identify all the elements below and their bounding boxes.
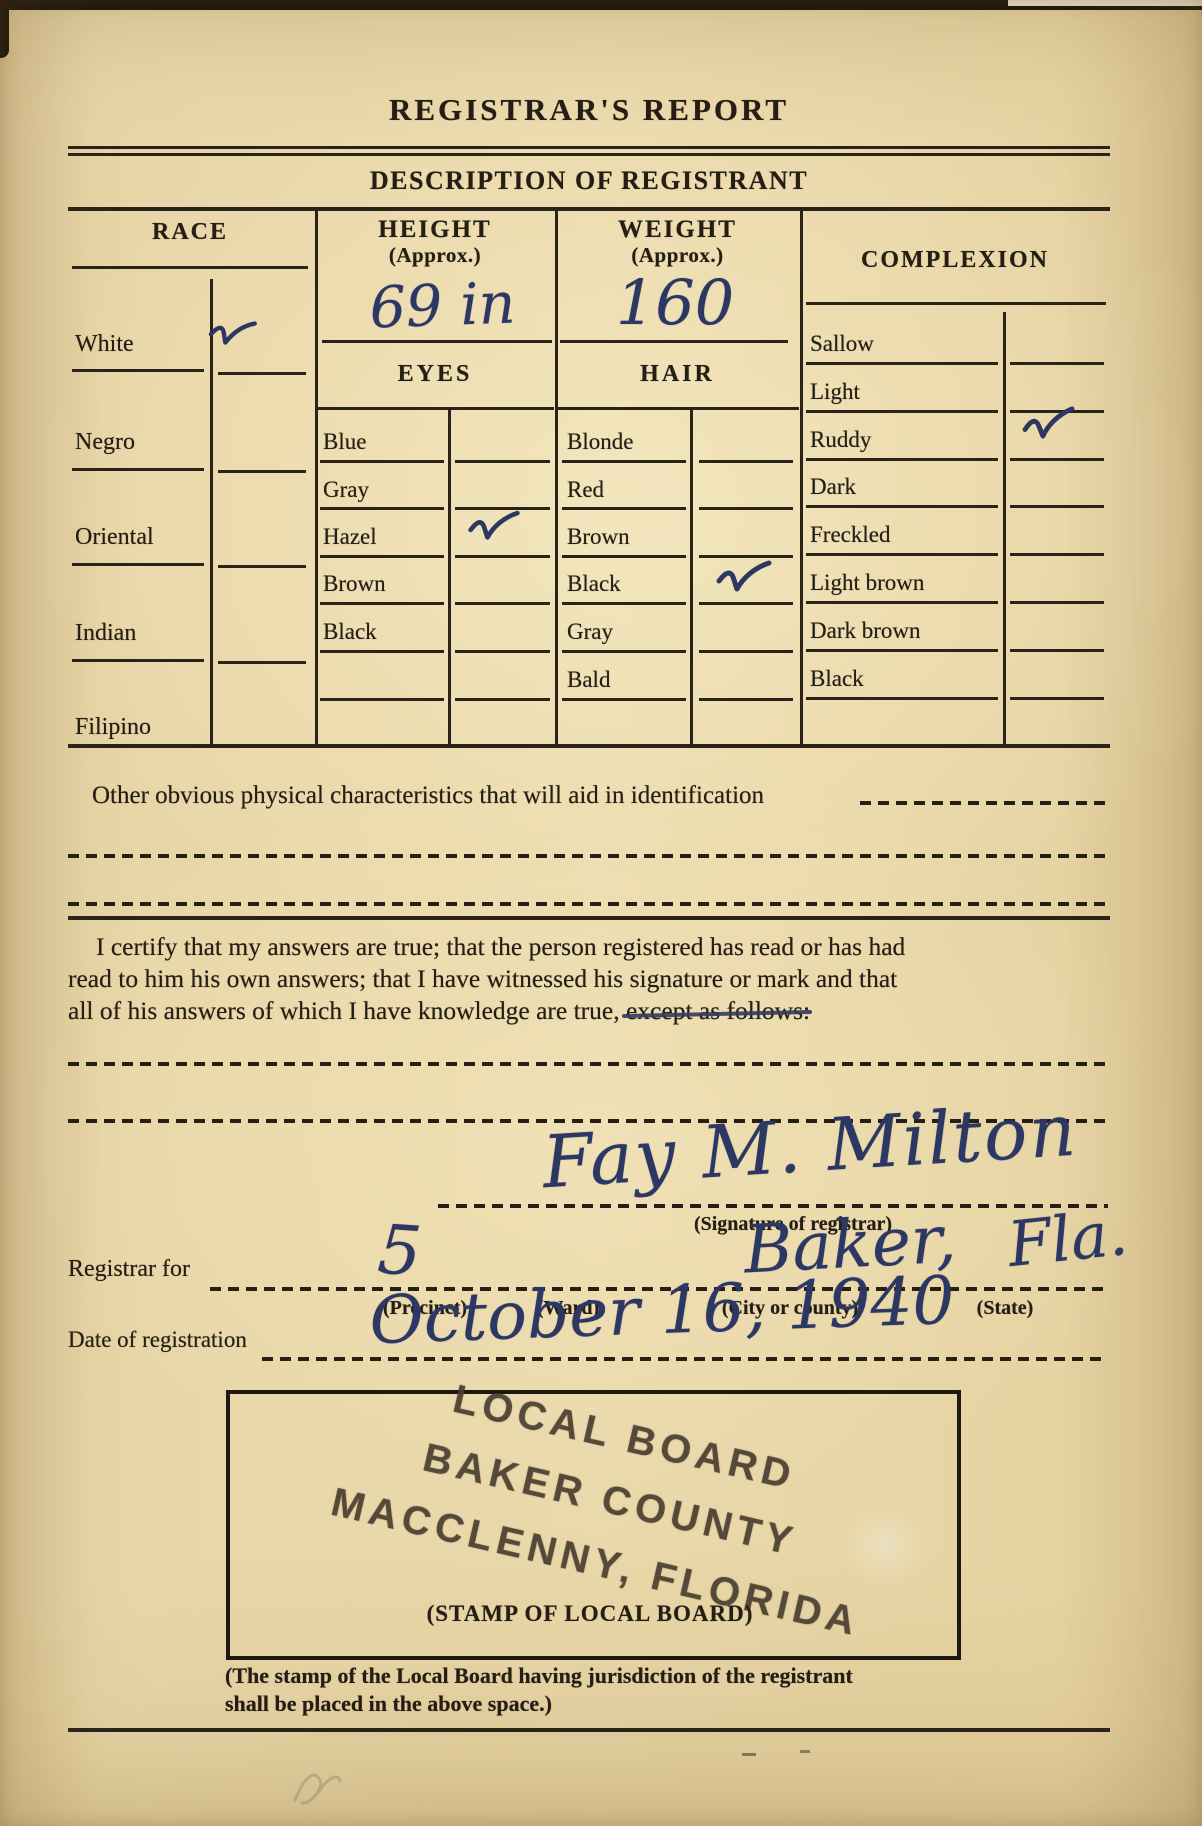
- certification-line-2: read to him his own answers; that I have…: [68, 965, 897, 993]
- eyes-option-blue: Blue: [323, 429, 366, 454]
- weight-header: WEIGHT: [555, 216, 800, 244]
- race-option-negro: Negro: [75, 429, 135, 455]
- scan-edge-top-right-light: [1008, 0, 1202, 6]
- complexion-option-sallow: Sallow: [810, 331, 874, 356]
- eyes-check-divider: [448, 410, 451, 746]
- row-underline: [320, 555, 444, 558]
- stamp-box-caption: (STAMP OF LOCAL BOARD): [280, 1601, 900, 1626]
- row-underline: [562, 555, 686, 558]
- registrar-for-label: Registrar for: [68, 1256, 190, 1282]
- section-rule: [68, 207, 1110, 211]
- row-underline: [806, 697, 998, 700]
- other-characteristics-fill-line: [860, 801, 1108, 805]
- eyes-option-hazel: Hazel: [323, 524, 377, 549]
- row-underline: [320, 602, 444, 605]
- row-underline: [72, 369, 204, 372]
- bottom-rule: [68, 1728, 1110, 1732]
- check-cell-underline: [455, 460, 550, 463]
- height-value-underline: [322, 340, 552, 343]
- race-option-indian: Indian: [75, 620, 136, 646]
- row-underline: [562, 698, 686, 701]
- row-underline: [562, 460, 686, 463]
- blank-dashed-line: [68, 902, 1110, 906]
- row-underline: [806, 410, 998, 413]
- hair-option-black: Black: [567, 571, 621, 596]
- hair-option-gray: Gray: [567, 619, 613, 644]
- blank-dashed-line: [68, 1062, 1110, 1066]
- registrar-signature: Fay M. Milton: [453, 1088, 1166, 1203]
- weight-approx: (Approx.): [555, 244, 800, 267]
- complexion-option-black: Black: [810, 666, 864, 691]
- check-cell-underline: [218, 565, 306, 568]
- registrars-report-scan: REGISTRAR'S REPORT DESCRIPTION OF REGIST…: [0, 0, 1202, 1826]
- precinct-value: 5: [376, 1217, 424, 1288]
- complexion-header: COMPLEXION: [800, 247, 1110, 273]
- height-header: HEIGHT: [315, 216, 555, 244]
- ink-speck: [800, 1750, 810, 1753]
- row-underline: [320, 507, 444, 510]
- race-option-oriental: Oriental: [75, 524, 154, 550]
- complexion-option-dark: Dark: [810, 474, 856, 499]
- weight-value: 160: [560, 272, 790, 334]
- check-cell-underline: [455, 650, 550, 653]
- check-cell-underline: [1010, 601, 1104, 604]
- row-underline: [806, 553, 998, 556]
- stamp-note-line-1: (The stamp of the Local Board having jur…: [225, 1664, 853, 1688]
- row-underline: [806, 601, 998, 604]
- row-underline: [806, 649, 998, 652]
- height-approx: (Approx.): [315, 244, 555, 267]
- eyes-option-gray: Gray: [323, 477, 369, 502]
- pencil-smudge: [280, 1755, 350, 1815]
- certification-rule: [68, 916, 1110, 920]
- hair-option-red: Red: [567, 477, 604, 502]
- row-underline: [562, 650, 686, 653]
- complexion-option-ruddy: Ruddy: [810, 427, 871, 452]
- complexion-option-dark-brown: Dark brown: [810, 618, 921, 643]
- certification-line-3-text: all of his answers of which I have knowl…: [68, 996, 620, 1025]
- row-underline: [806, 458, 998, 461]
- eyes-header-underline: [316, 407, 554, 410]
- complexion-option-light-brown: Light brown: [810, 570, 924, 595]
- hair-header: HAIR: [555, 361, 800, 387]
- row-underline: [806, 362, 998, 365]
- check-cell-underline: [1010, 553, 1104, 556]
- check-cell-underline: [455, 602, 550, 605]
- col-divider-hair-complexion: [800, 211, 803, 746]
- complexion-check-divider: [1003, 312, 1006, 746]
- row-underline: [562, 507, 686, 510]
- check-cell-underline: [218, 470, 306, 473]
- hair-header-underline: [556, 407, 799, 410]
- check-cell-underline: [1010, 649, 1104, 652]
- blank-dashed-line: [68, 854, 1110, 858]
- complexion-header-underline: [806, 302, 1106, 305]
- check-cell-underline: [699, 460, 793, 463]
- check-cell-underline: [699, 602, 793, 605]
- check-cell-underline: [455, 555, 550, 558]
- check-cell-underline: [699, 507, 793, 510]
- check-cell-underline: [218, 372, 306, 375]
- row-underline: [320, 650, 444, 653]
- eyes-hazel-checkmark: [466, 508, 522, 548]
- ink-speck: [742, 1753, 756, 1756]
- complexion-option-light: Light: [810, 379, 860, 404]
- row-underline: [320, 698, 444, 701]
- complexion-ruddy-checkmark: [1019, 404, 1080, 448]
- stamp-note-line-2: shall be placed in the above space.): [225, 1692, 552, 1716]
- race-white-checkmark: [203, 310, 261, 358]
- hair-option-brown: Brown: [567, 524, 630, 549]
- other-characteristics-label: Other obvious physical characteristics t…: [92, 782, 764, 810]
- hair-black-checkmark: [714, 558, 774, 600]
- check-cell-underline: [218, 661, 306, 664]
- check-cell-underline: [1010, 362, 1104, 365]
- title-rule-top: [68, 146, 1110, 149]
- row-underline: [562, 602, 686, 605]
- race-header: RACE: [68, 219, 312, 245]
- hair-option-bald: Bald: [567, 667, 610, 692]
- check-cell-underline: [1010, 505, 1104, 508]
- row-underline: [806, 505, 998, 508]
- check-cell-underline: [455, 698, 550, 701]
- row-underline: [72, 468, 204, 471]
- certification-struck-text: except as follows:: [626, 997, 810, 1025]
- hair-option-blonde: Blonde: [567, 429, 633, 454]
- col-divider-race-eyes: [315, 211, 318, 746]
- weight-value-underline: [560, 340, 788, 343]
- table-bottom-rule: [68, 744, 1110, 748]
- check-cell-underline: [1010, 458, 1104, 461]
- check-cell-underline: [699, 650, 793, 653]
- row-underline: [72, 563, 204, 566]
- check-cell-underline: [699, 698, 793, 701]
- race-header-underline: [72, 266, 308, 269]
- date-of-registration-label: Date of registration: [68, 1327, 247, 1352]
- certification-line-3: all of his answers of which I have knowl…: [68, 997, 810, 1025]
- certification-line-1: I certify that my answers are true; that…: [96, 933, 905, 961]
- race-option-filipino: Filipino: [75, 714, 151, 740]
- complexion-option-freckled: Freckled: [810, 522, 890, 547]
- race-option-white: White: [75, 331, 134, 357]
- section-heading: DESCRIPTION OF REGISTRANT: [68, 167, 1110, 196]
- check-cell-underline: [1010, 697, 1104, 700]
- eyes-option-black: Black: [323, 619, 377, 644]
- page-title: REGISTRAR'S REPORT: [68, 93, 1110, 127]
- eyes-header: EYES: [315, 361, 555, 387]
- col-divider-eyes-hair: [555, 211, 558, 746]
- scan-edge-left: [0, 0, 9, 58]
- row-underline: [320, 460, 444, 463]
- row-underline: [72, 659, 204, 662]
- eyes-option-brown: Brown: [323, 571, 386, 596]
- title-rule-bottom: [68, 153, 1110, 156]
- height-value: 69 in: [329, 274, 556, 339]
- hair-check-divider: [690, 410, 693, 746]
